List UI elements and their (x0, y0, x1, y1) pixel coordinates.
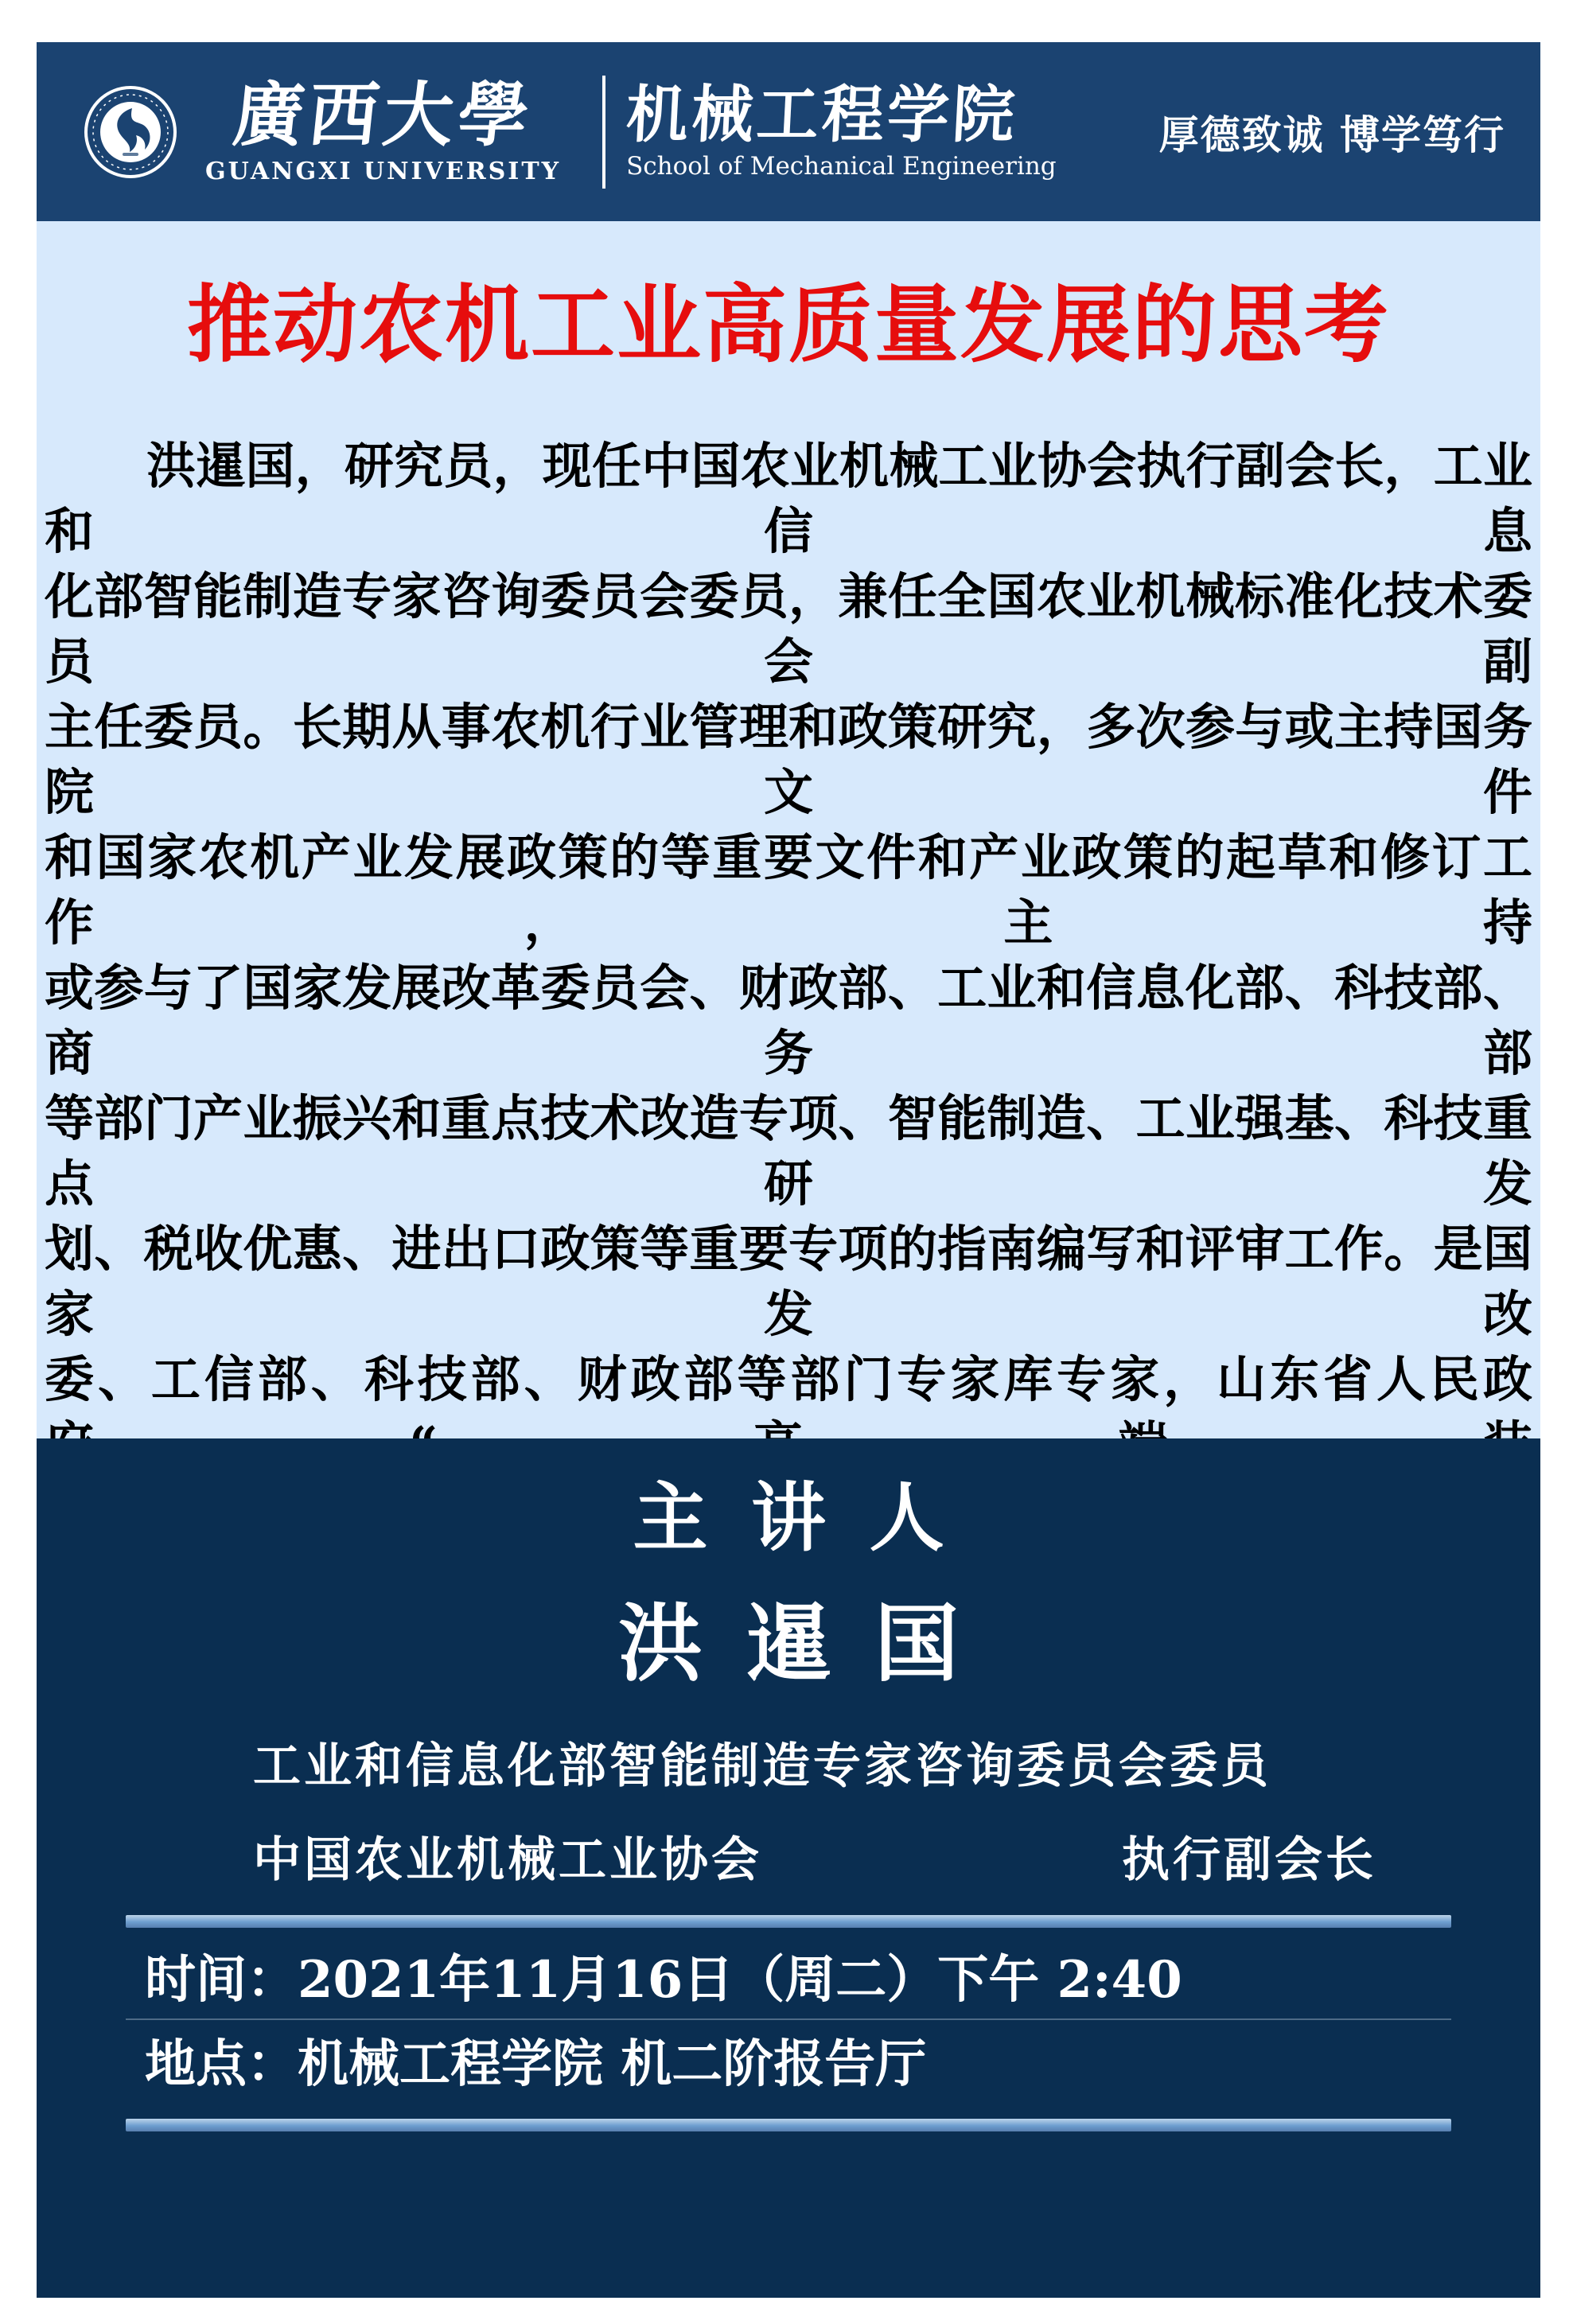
speaker-bio: 洪暹国，研究员，现任中国农业机械工业协会执行副会长，工业和信息 化部智能制造专家… (37, 434, 1540, 1438)
header-divider (602, 76, 605, 189)
divider-bar-top (126, 1915, 1451, 1928)
affiliation-association-row: 中国农业机械工业协会 执行副会长 (253, 1834, 1376, 1886)
time-label: 时间： (145, 1950, 298, 2010)
header-banner: 廣西大學 GUANGXI UNIVERSITY 机械工程学院 School of… (37, 42, 1540, 221)
event-time-row: 时间：2021年11月16日（周二）下午 2:40 (126, 1950, 1451, 2011)
affiliation-title: 执行副会长 (1122, 1834, 1376, 1886)
speaker-role-heading: 主讲人 (37, 1438, 1540, 1566)
bio-line: 洪暹国，研究员，现任中国农业机械工业协会执行副会长，工业和信息 (45, 434, 1532, 564)
event-details: 时间：2021年11月16日（周二）下午 2:40 地点：机械工程学院 机二阶报… (126, 1950, 1451, 2095)
phoenix-seal-icon (83, 84, 178, 180)
details-separator (126, 2018, 1451, 2020)
bio-line: 委、工信部、科技部、财政部等部门专家库专家，山东省人民政府“高端装 (45, 1347, 1532, 1438)
speaker-section: 主讲人 洪暹国 工业和信息化部智能制造专家咨询委员会委员 中国农业机械工业协会 … (37, 1438, 1540, 2298)
school-name-block: 机械工程学院 School of Mechanical Engineering (626, 83, 1057, 181)
university-logo (83, 84, 178, 180)
bio-line: 或参与了国家发展改革委员会、财政部、工业和信息化部、科技部、商务部 (45, 956, 1532, 1086)
affiliation-committee: 工业和信息化部智能制造专家咨询委员会委员 (253, 1740, 1376, 1793)
bio-line: 和国家农机产业发展政策的等重要文件和产业政策的起草和修订工作，主持 (45, 825, 1532, 956)
event-venue-row: 地点：机械工程学院 机二阶报告厅 (126, 2034, 1451, 2095)
university-name-cn: 廣西大學 (230, 78, 537, 151)
university-name-block: 廣西大學 GUANGXI UNIVERSITY (205, 78, 561, 185)
divider-bar-bottom (126, 2119, 1451, 2131)
venue-label: 地点： (145, 2034, 298, 2094)
lecture-poster: 廣西大學 GUANGXI UNIVERSITY 机械工程学院 School of… (37, 42, 1540, 2298)
school-name-en: School of Mechanical Engineering (626, 152, 1057, 181)
venue-value: 机械工程学院 机二阶报告厅 (298, 2034, 926, 2094)
poster-body: 推动农机工业高质量发展的思考 洪暹国，研究员，现任中国农业机械工业协会执行副会长… (37, 221, 1540, 1438)
speaker-affiliations: 工业和信息化部智能制造专家咨询委员会委员 中国农业机械工业协会 执行副会长 (253, 1740, 1376, 1886)
poster-page: 廣西大學 GUANGXI UNIVERSITY 机械工程学院 School of… (0, 0, 1569, 2324)
affiliation-org: 中国农业机械工业协会 (253, 1834, 762, 1886)
bio-line: 划、税收优惠、进出口政策等重要专项的指南编写和评审工作。是国家发改 (45, 1216, 1532, 1347)
university-name-en: GUANGXI UNIVERSITY (205, 158, 561, 185)
bio-line: 等部门产业振兴和重点技术改造专项、智能制造、工业强基、科技重点研发 (45, 1086, 1532, 1216)
school-name-cn: 机械工程学院 (625, 83, 1058, 148)
speaker-name: 洪暹国 (37, 1593, 1540, 1694)
bio-line: 主任委员。长期从事农机行业管理和政策研究，多次参与或主持国务院文件 (45, 695, 1532, 825)
lecture-title: 推动农机工业高质量发展的思考 (37, 274, 1540, 375)
university-motto: 厚德致诚 博学笃行 (1159, 103, 1505, 161)
time-value: 2021年11月16日（周二）下午 2:40 (298, 1950, 1182, 2010)
bio-line: 化部智能制造专家咨询委员会委员，兼任全国农业机械标准化技术委员会副 (45, 564, 1532, 695)
